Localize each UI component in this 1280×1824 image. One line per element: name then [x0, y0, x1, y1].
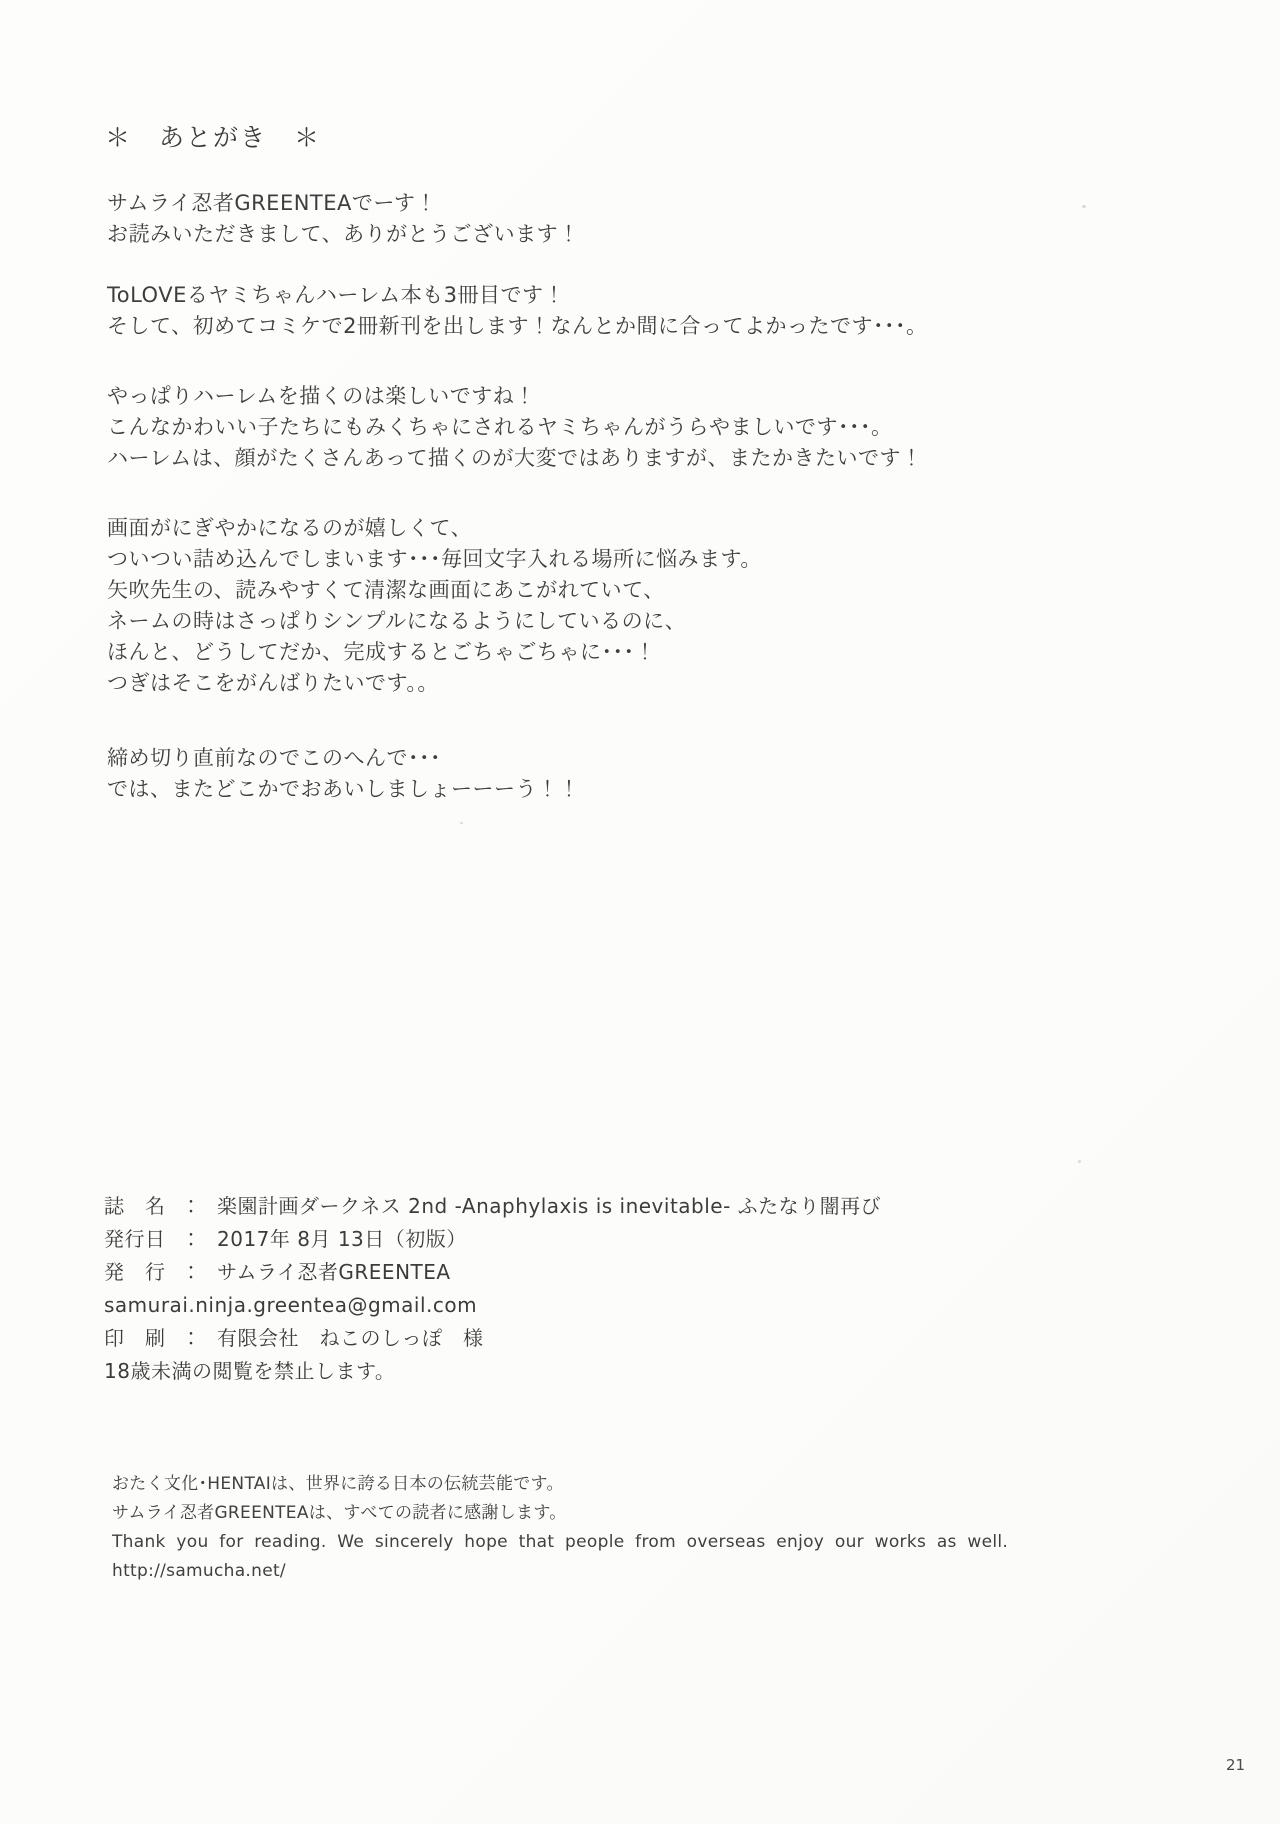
scanned-afterword-page: ＊ あとがき ＊ サムライ忍者GREENTEAでーす！ お読みいただきまして、あ…	[0, 0, 1280, 1824]
footer-notes: おたく文化･HENTAIは、世界に誇る日本の伝統芸能です。 サムライ忍者GREE…	[112, 1470, 1150, 1586]
footer-line-thanks-jp: サムライ忍者GREENTEAは、すべての読者に感謝します。	[112, 1499, 1150, 1528]
afterword-line: ついつい詰め込んでしまいます･･･毎回文字入れる場所に悩みます。	[107, 544, 1220, 575]
afterword-line: ほんと、どうしてだか、完成するとごちゃごちゃに･･･！	[107, 637, 1220, 668]
afterword-line: 締め切り直前なのでこのへんで･･･	[107, 743, 1220, 774]
afterword-line: ハーレムは、顔がたくさんあって描くのが大変ではありますが、またかきたいです！	[107, 443, 1220, 474]
afterword-line: やっぱりハーレムを描くのは楽しいですね！	[107, 381, 1220, 412]
afterword-line: ToLOVEるヤミちゃんハーレム本も3冊目です！	[107, 280, 1220, 311]
afterword-line: そして、初めてコミケで2冊新刊を出します！なんとか間に合ってよかったです･･･。	[107, 311, 1220, 342]
page-number: 21	[1226, 1756, 1245, 1774]
afterword-line: ネームの時はさっぱりシンプルになるようにしているのに、	[107, 606, 1220, 637]
colophon-publisher: 発 行 ： サムライ忍者GREENTEA	[104, 1256, 1220, 1289]
footer-line-thanks-en: Thank you for reading. We sincerely hope…	[112, 1528, 1150, 1557]
colophon-age-notice: 18歳未満の閲覧を禁止します。	[104, 1355, 1220, 1388]
afterword-paragraph: 画面がにぎやかになるのが嬉しくて、 ついつい詰め込んでしまいます･･･毎回文字入…	[107, 513, 1220, 699]
afterword-line: 画面がにぎやかになるのが嬉しくて、	[107, 513, 1220, 544]
afterword-paragraph: やっぱりハーレムを描くのは楽しいですね！ こんなかわいい子たちにもみくちゃにされ…	[107, 381, 1220, 474]
colophon-email: samurai.ninja.greentea@gmail.com	[104, 1289, 1220, 1322]
afterword-line: お読みいただきまして、ありがとうございます！	[107, 219, 1220, 250]
footer-line-otaku-culture: おたく文化･HENTAIは、世界に誇る日本の伝統芸能です。	[112, 1470, 1150, 1499]
scan-artifact	[460, 822, 463, 824]
afterword-line: つぎはそこをがんばりたいです。。	[107, 668, 1220, 699]
afterword-line: では、またどこかでおあいしましょーーーう！！	[107, 774, 1220, 805]
afterword-paragraph: ToLOVEるヤミちゃんハーレム本も3冊目です！ そして、初めてコミケで2冊新刊…	[107, 280, 1220, 342]
afterword-line: こんなかわいい子たちにもみくちゃにされるヤミちゃんがうらやましいです･･･。	[107, 412, 1220, 443]
afterword-line: 矢吹先生の、読みやすくて清潔な画面にあこがれていて、	[107, 575, 1220, 606]
afterword-paragraph: サムライ忍者GREENTEAでーす！ お読みいただきまして、ありがとうございます…	[107, 188, 1220, 250]
scan-artifact	[1082, 205, 1086, 208]
colophon-book-title: 誌 名 ： 楽園計画ダークネス 2nd -Anaphylaxis is inev…	[104, 1190, 1220, 1223]
afterword-paragraph: 締め切り直前なのでこのへんで･･･ では、またどこかでおあいしましょーーーう！！	[107, 743, 1220, 805]
afterword-line: サムライ忍者GREENTEAでーす！	[107, 188, 1220, 219]
footer-website-url: http://samucha.net/	[112, 1557, 1150, 1586]
colophon-publish-date: 発行日 ： 2017年 8月 13日（初版）	[104, 1223, 1220, 1256]
colophon-printer: 印 刷 ： 有限会社 ねこのしっぽ 様	[104, 1322, 1220, 1355]
scan-artifact	[1078, 1160, 1081, 1163]
colophon: 誌 名 ： 楽園計画ダークネス 2nd -Anaphylaxis is inev…	[104, 1190, 1220, 1388]
page-title: ＊ あとがき ＊	[105, 118, 321, 154]
